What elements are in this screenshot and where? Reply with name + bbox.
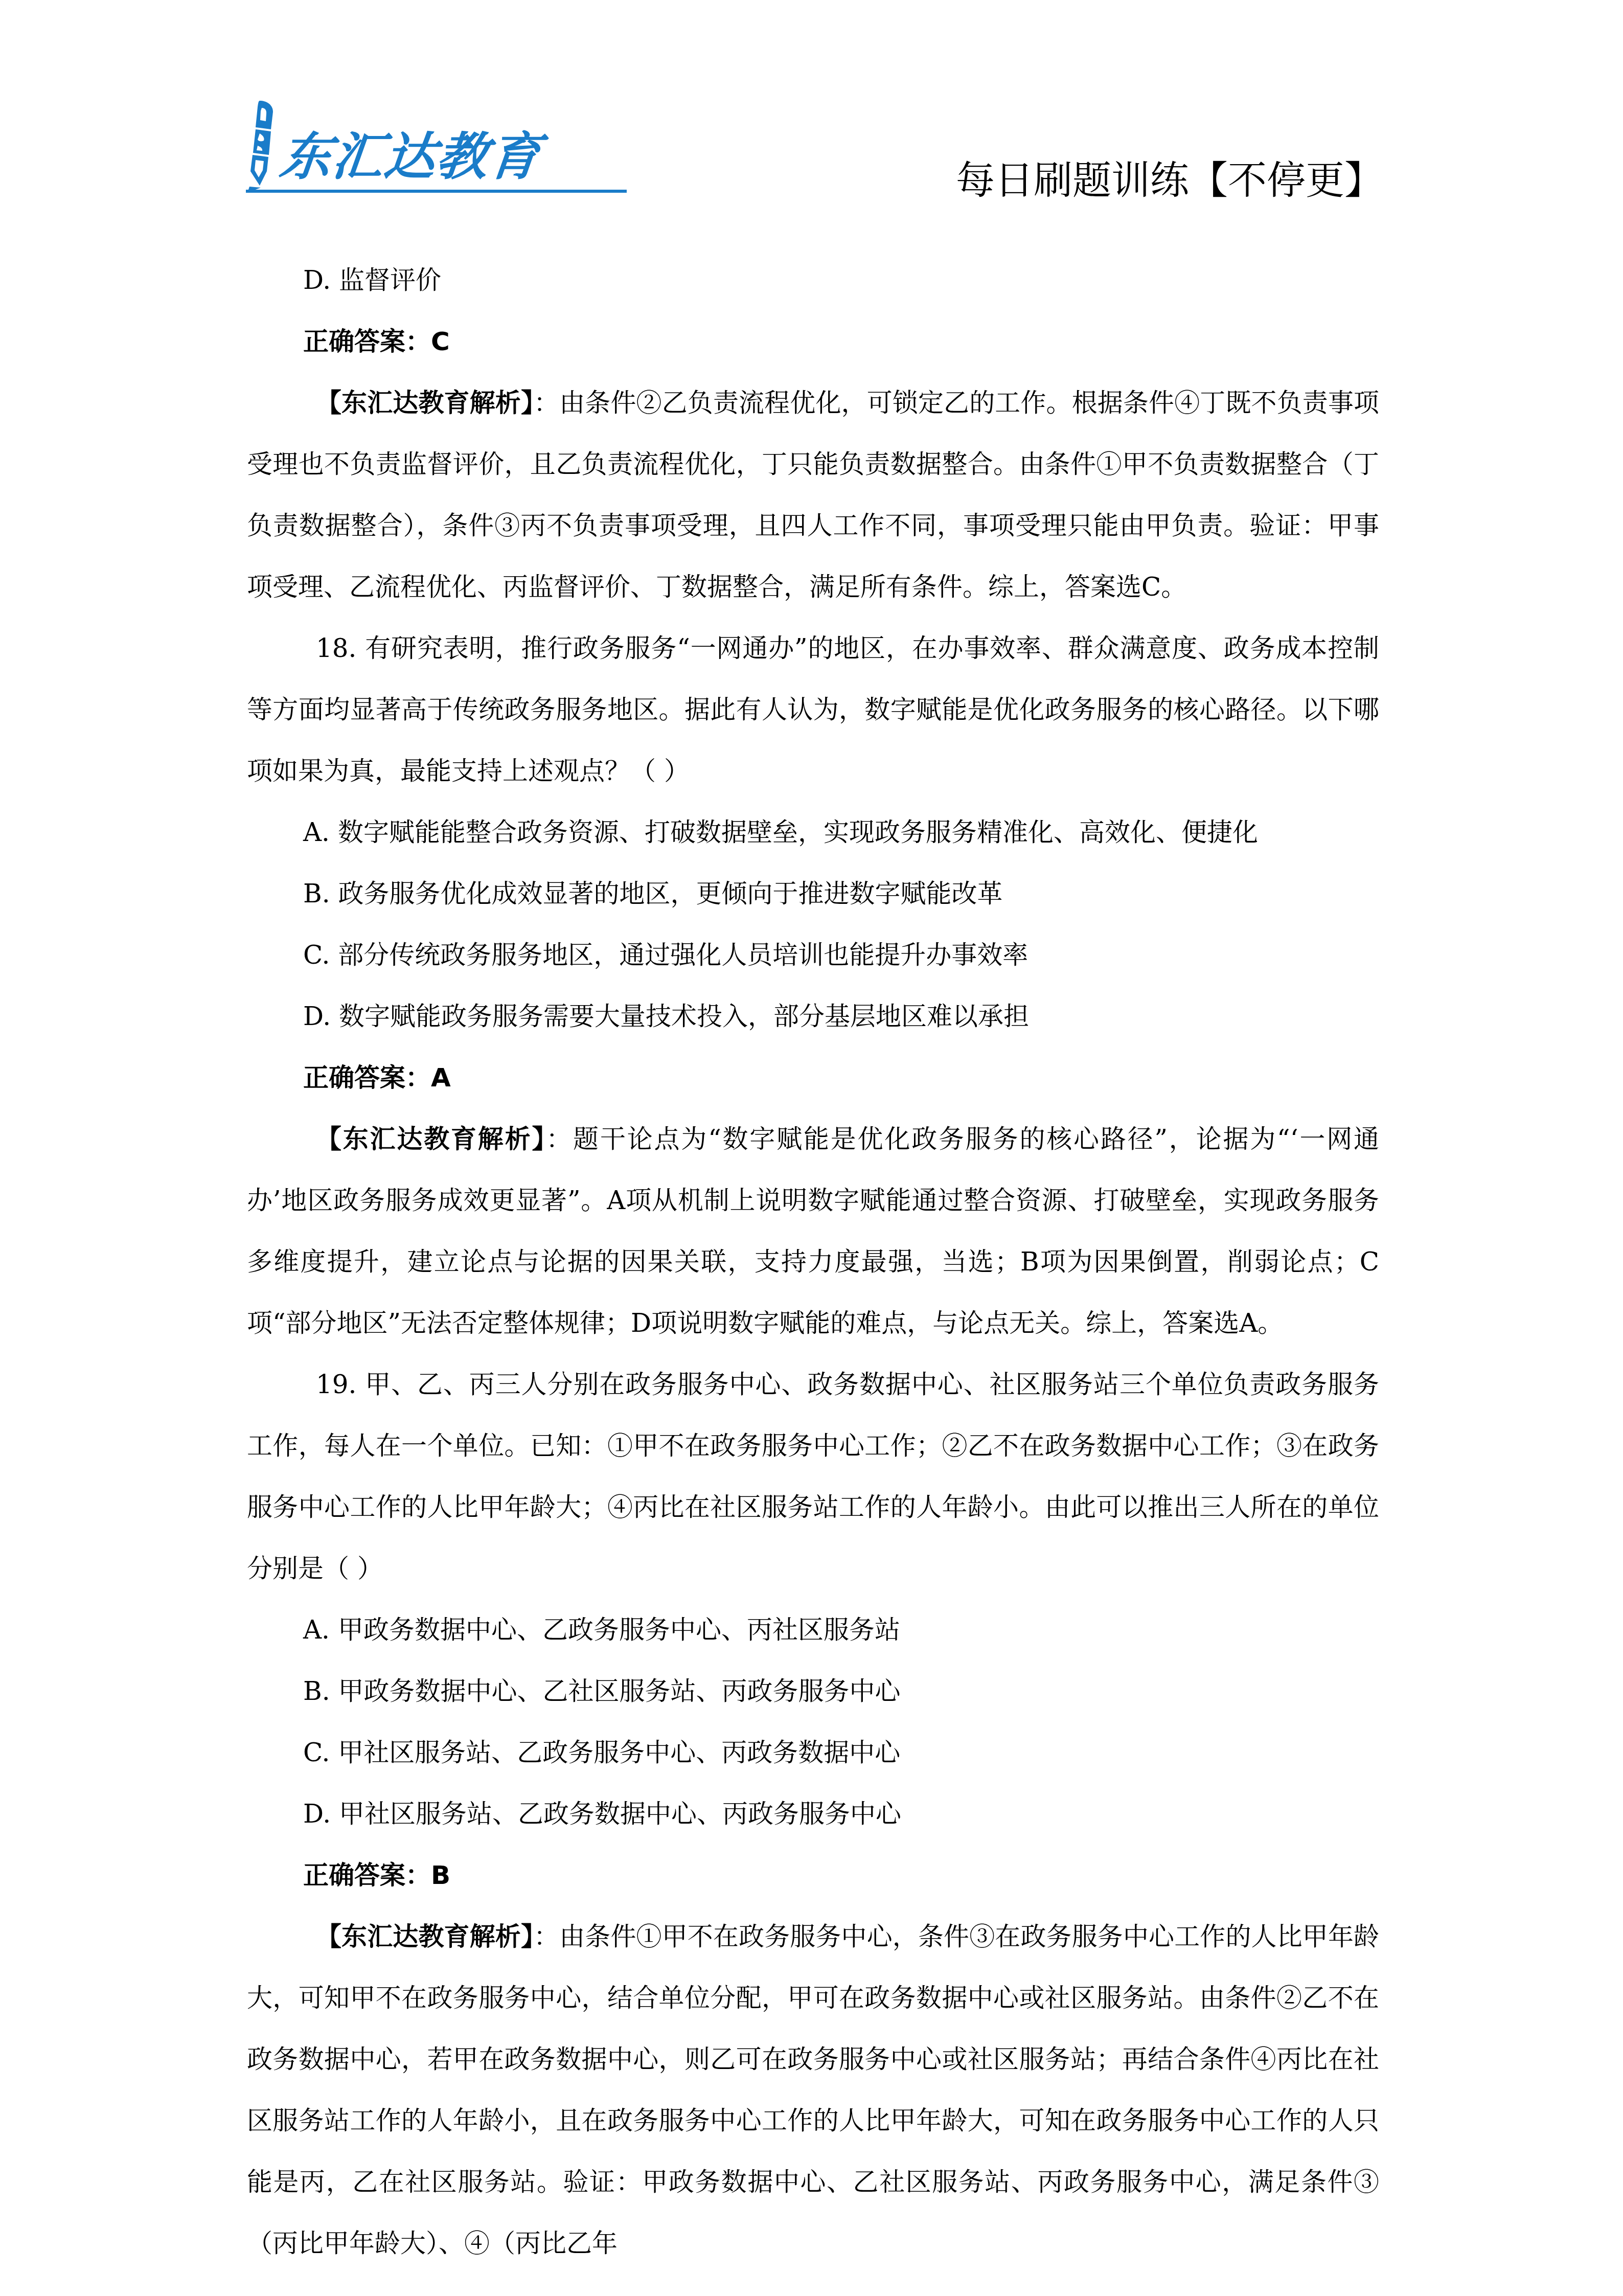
question-17-tail: D. 监督评价 正确答案：C 【东汇达教育解析】：由条件②乙负责流程优化，可锁定… [247, 249, 1379, 618]
question-19: 19. 甲、乙、丙三人分别在政务服务中心、政务数据中心、社区服务站三个单位负责政… [247, 1354, 1379, 2274]
q18-correct-answer: 正确答案：A [247, 1047, 1379, 1108]
question-18: 18. 有研究表明，推行政务服务“一网通办”的地区，在办事效率、群众满意度、政务… [247, 618, 1379, 1354]
q17-analysis: 【东汇达教育解析】：由条件②乙负责流程优化，可锁定乙的工作。根据条件④丁既不负责… [247, 372, 1379, 618]
analysis-label: 【东汇达教育解析】 [316, 1124, 546, 1154]
q19-option-b: B. 甲政务数据中心、乙社区服务站、丙政务服务中心 [247, 1661, 1379, 1722]
q18-stem: 18. 有研究表明，推行政务服务“一网通办”的地区，在办事效率、群众满意度、政务… [247, 618, 1379, 802]
q19-analysis: 【东汇达教育解析】：由条件①甲不在政务服务中心，条件③在政务服务中心工作的人比甲… [247, 1906, 1379, 2274]
q19-option-d: D. 甲社区服务站、乙政务数据中心、丙政务服务中心 [247, 1783, 1379, 1845]
analysis-text: ：题干论点为“数字赋能是优化政务服务的核心路径”，论据为“‘一网通办’地区政务服… [247, 1124, 1379, 1338]
q19-option-c: C. 甲社区服务站、乙政务服务中心、丙政务数据中心 [247, 1722, 1379, 1783]
brand-logo: 东汇达教育 [244, 100, 628, 194]
q17-option-d: D. 监督评价 [247, 249, 1379, 311]
logo-text: 东汇达教育 [278, 131, 544, 183]
q19-correct-answer: 正确答案：B [247, 1845, 1379, 1906]
document-content: D. 监督评价 正确答案：C 【东汇达教育解析】：由条件②乙负责流程优化，可锁定… [247, 249, 1379, 2274]
q18-option-b: B. 政务服务优化成效显著的地区，更倾向于推进数字赋能改革 [247, 863, 1379, 924]
analysis-label: 【东汇达教育解析】 [316, 1922, 534, 1951]
logo-underline [246, 190, 627, 193]
document-page: 东汇达教育 每日刷题训练【不停更】 D. 监督评价 正确答案：C 【东汇达教育解… [0, 0, 1623, 2296]
pencil-icon [244, 100, 276, 194]
q19-option-a: A. 甲政务数据中心、乙政务服务中心、丙社区服务站 [247, 1599, 1379, 1661]
q18-option-a: A. 数字赋能能整合政务资源、打破数据壁垒，实现政务服务精准化、高效化、便捷化 [247, 802, 1379, 863]
q18-option-d: D. 数字赋能政务服务需要大量技术投入，部分基层地区难以承担 [247, 986, 1379, 1047]
page-header-title: 每日刷题训练【不停更】 [956, 158, 1383, 202]
analysis-text: ：由条件①甲不在政务服务中心，条件③在政务服务中心工作的人比甲年龄大，可知甲不在… [247, 1922, 1379, 2258]
q18-analysis: 【东汇达教育解析】：题干论点为“数字赋能是优化政务服务的核心路径”，论据为“‘一… [247, 1108, 1379, 1354]
analysis-text: ：由条件②乙负责流程优化，可锁定乙的工作。根据条件④丁既不负责事项受理也不负责监… [247, 388, 1379, 602]
q17-correct-answer: 正确答案：C [247, 311, 1379, 372]
analysis-label: 【东汇达教育解析】 [316, 388, 534, 418]
q18-option-c: C. 部分传统政务服务地区，通过强化人员培训也能提升办事效率 [247, 924, 1379, 986]
q19-stem: 19. 甲、乙、丙三人分别在政务服务中心、政务数据中心、社区服务站三个单位负责政… [247, 1354, 1379, 1599]
